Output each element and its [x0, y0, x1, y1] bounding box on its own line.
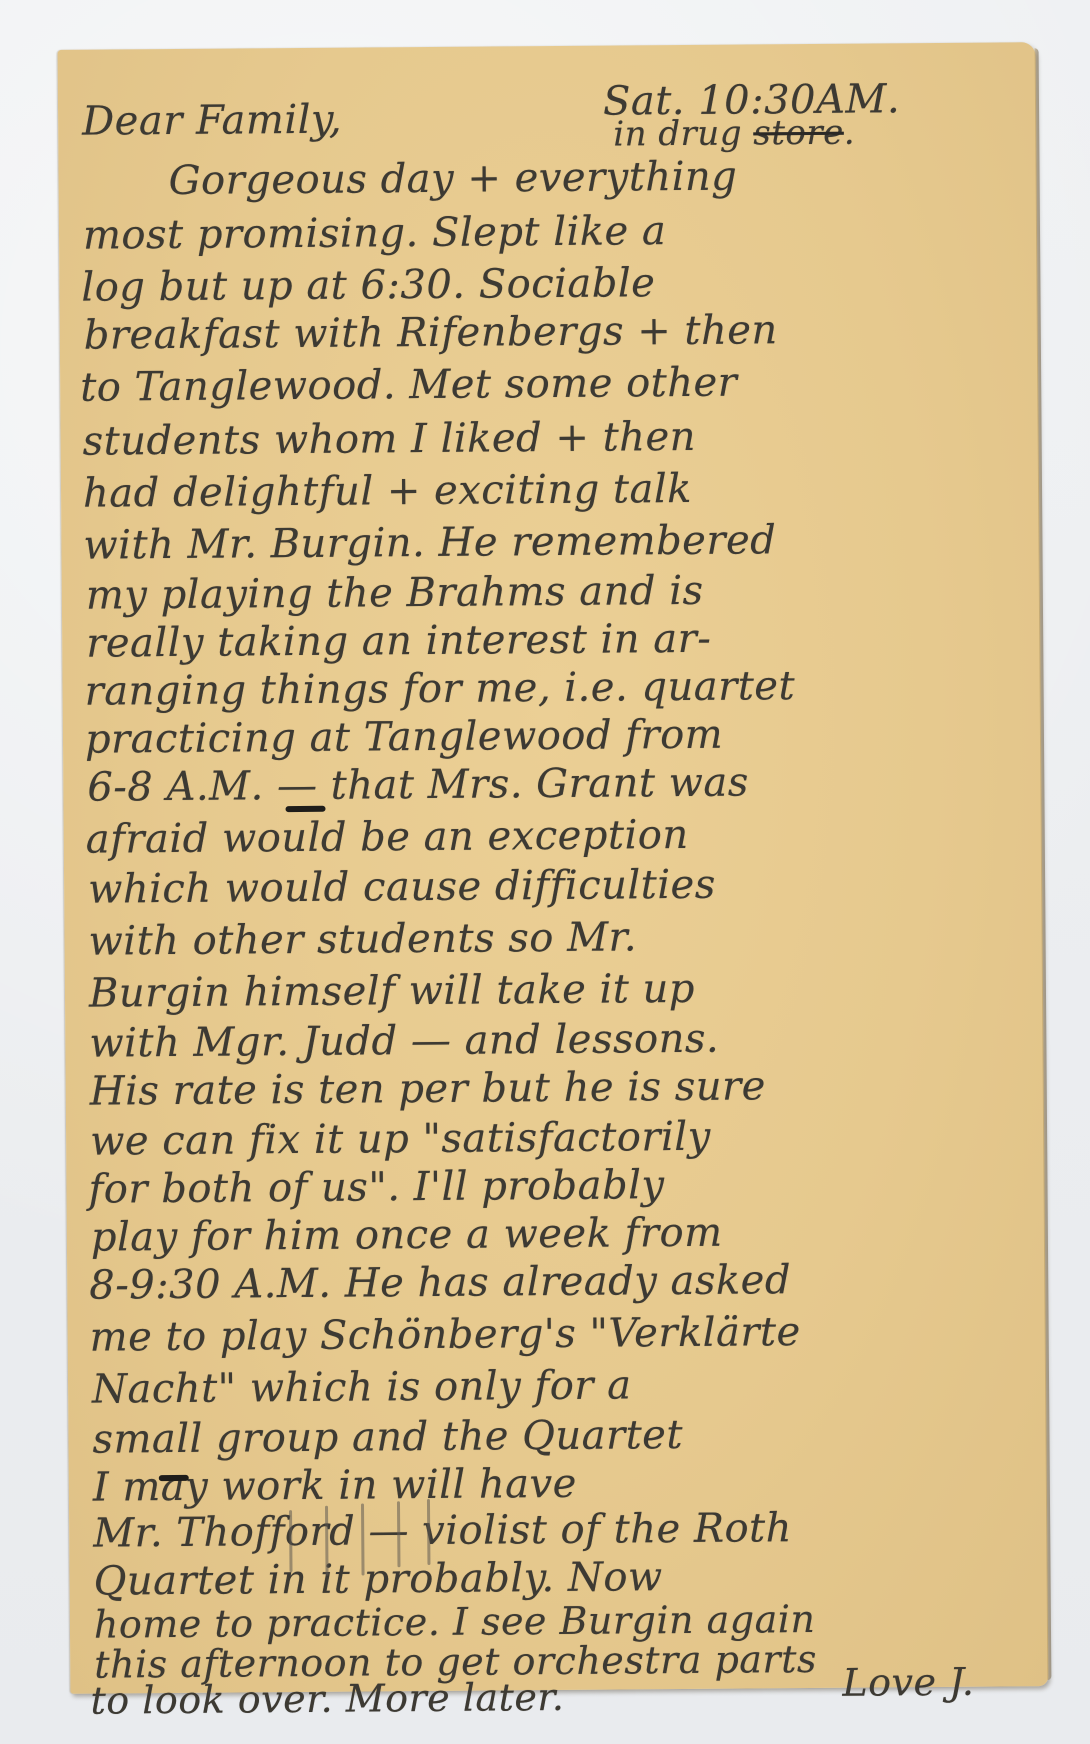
- body-line: practicing at Tanglewood from: [85, 715, 723, 760]
- ink-stroke: [286, 806, 326, 812]
- ink-stroke: [159, 1475, 189, 1481]
- body-line: breakfast with Rifenbergs + then: [84, 310, 778, 355]
- body-line: we can fix it up "satisfactorily: [90, 1117, 711, 1162]
- scribble-mark: [361, 1504, 365, 1576]
- body-line: had delightful + exciting talk: [83, 469, 692, 514]
- body-line: Nacht" which is only for a: [92, 1365, 632, 1409]
- body-line: ranging things for me, i.e. quartet: [84, 666, 795, 712]
- body-line: with other students so Mr.: [88, 917, 637, 961]
- scribble-mark: [397, 1501, 401, 1567]
- body-line: Quartet in it probably. Now: [93, 1557, 662, 1601]
- location-suffix: .: [844, 113, 856, 153]
- body-line: me to play Schönberg's "Verklärte: [90, 1312, 801, 1358]
- body-line: with Mgr. Judd — and lessons.: [89, 1019, 719, 1064]
- salutation: Dear Family,: [82, 100, 342, 142]
- body-line: which would cause difficulties: [88, 865, 716, 910]
- body-line: students whom I liked + then: [82, 417, 696, 462]
- location-struck-word: store: [753, 113, 844, 154]
- body-line: most promising. Slept like a: [83, 211, 667, 256]
- body-line: Burgin himself will take it up: [89, 969, 695, 1014]
- postcard: Dear Family, Sat. 10:30AM. in drug store…: [58, 42, 1049, 1694]
- body-line: 6-8 A.M. — that Mrs. Grant was: [87, 762, 749, 807]
- body-line: I may work in will have: [93, 1464, 577, 1508]
- body-line: play for him once a week from: [91, 1213, 723, 1258]
- body-line: to Tanglewood. Met some other: [80, 363, 737, 408]
- body-line: small group and the Quartet: [92, 1415, 683, 1460]
- scribble-mark: [325, 1506, 329, 1576]
- body-line: log but up at 6:30. Sociable: [81, 263, 655, 308]
- body-line: my playing the Brahms and is: [86, 571, 704, 616]
- body-line: Mr. Thofford — violist of the Roth: [93, 1508, 792, 1553]
- body-line: afraid would be an exception: [86, 815, 689, 860]
- body-line: with Mr. Burgin. He remembered: [83, 520, 776, 565]
- scribble-mark: [427, 1499, 431, 1565]
- body-line: to look over. More later.: [90, 1678, 564, 1720]
- location-prefix: in drug: [613, 113, 742, 154]
- body-line: Gorgeous day + everything: [168, 157, 737, 201]
- body-line: for both of us". I'll probably: [88, 1165, 664, 1210]
- body-line: 8-9:30 A.M. He has already asked: [89, 1260, 791, 1306]
- sign-off: Love J.: [842, 1663, 974, 1702]
- scribble-mark: [289, 1510, 292, 1572]
- location-note: in drug store.: [613, 116, 855, 152]
- body-line: His rate is ten per but he is sure: [90, 1066, 766, 1111]
- body-line: really taking an interest in ar-: [86, 619, 711, 664]
